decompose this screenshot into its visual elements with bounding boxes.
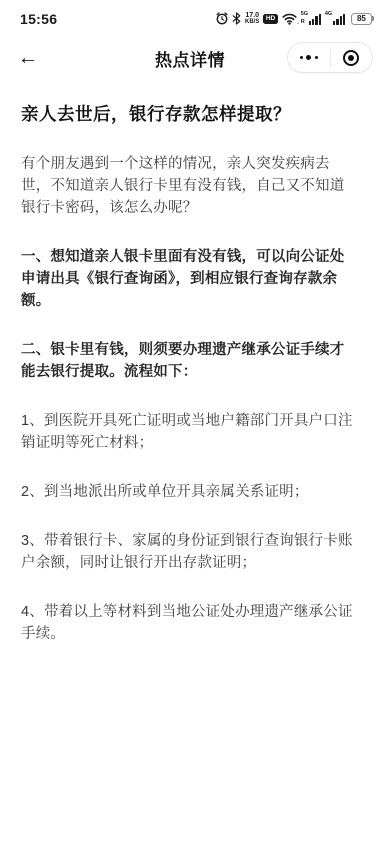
close-button[interactable] <box>331 43 373 72</box>
alarm-icon <box>216 12 228 25</box>
article-intro: 有个朋友遇到一个这样的情况，亲人突发疾病去世，不知道亲人银行卡里有没有钱，自己又… <box>21 153 359 219</box>
battery-nub <box>372 16 374 21</box>
step-item: 2、到当地派出所或单位开具亲属关系证明； <box>21 481 359 503</box>
more-dots-icon <box>300 55 318 60</box>
network-speed-indicator: 17.0 KB/S <box>245 12 259 25</box>
step-item: 1、到医院开具死亡证明或当地户籍部门开具户口注销证明等死亡材料； <box>21 410 359 454</box>
step-item: 4、带着以上等材料到当地公证处办理遗产继承公证手续。 <box>21 601 359 645</box>
bluetooth-icon <box>232 12 241 25</box>
status-icons: 17.0 KB/S HD . 5G R 4G 85 <box>216 12 374 25</box>
step-item: 3、带着银行卡、家属的身份证到银行查询银行卡账户余额，同时让银行开出存款证明； <box>21 530 359 574</box>
back-button[interactable]: ← <box>10 35 46 81</box>
battery-icon: 85 <box>351 13 374 25</box>
nav-bar: ← 热点详情 <box>0 35 380 81</box>
close-circle-icon <box>343 50 359 66</box>
wifi-sub-mark: . <box>297 20 298 26</box>
battery-percent: 85 <box>351 13 372 25</box>
article-section-two: 二、银卡里有钱，则须要办理遗产继承公证手续才能去银行提取。流程如下： <box>21 339 359 383</box>
signal-5g-icon: 5G R <box>301 12 321 25</box>
hd-volte-icon: HD <box>263 14 277 24</box>
miniprogram-capsule <box>287 42 373 73</box>
status-bar: 15:56 17.0 KB/S HD . 5G R 4G <box>0 0 380 35</box>
wifi-icon: . <box>282 13 297 25</box>
article-section-one: 一、想知道亲人银卡里面有没有钱，可以向公证处申请出具《银行查询函》，到相应银行查… <box>21 246 359 312</box>
article: 亲人去世后，银行存款怎样提取？ 有个朋友遇到一个这样的情况，亲人突发疾病去世，不… <box>0 102 380 645</box>
clock-time: 15:56 <box>20 11 57 27</box>
back-arrow-icon: ← <box>18 46 39 70</box>
signal-4g-icon: 4G <box>325 12 345 25</box>
more-button[interactable] <box>288 43 330 72</box>
article-title: 亲人去世后，银行存款怎样提取？ <box>21 102 359 126</box>
